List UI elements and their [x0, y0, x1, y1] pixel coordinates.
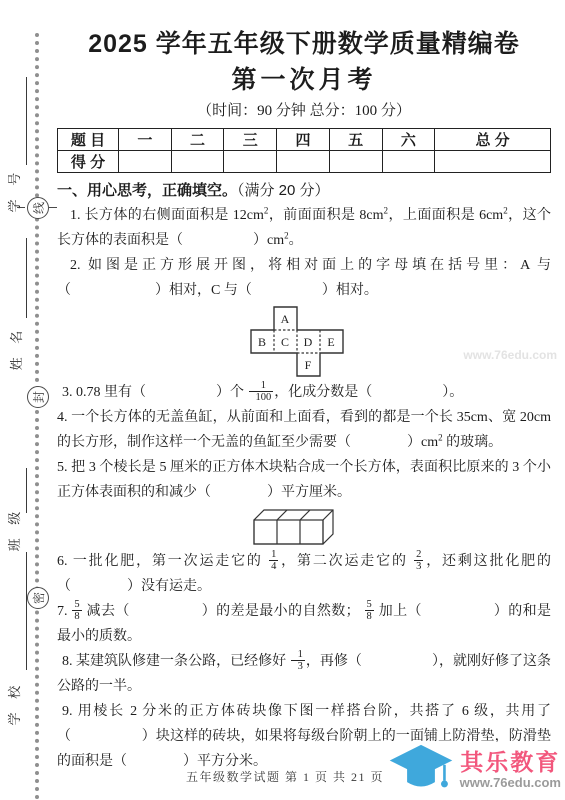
net-letter-e: E — [327, 335, 334, 349]
logo-text-block: 其乐教育 www.76edu.com — [460, 749, 561, 791]
cube-net-diagram: A B C D E F — [250, 306, 551, 378]
fraction: 58 — [71, 599, 82, 622]
seal-char-feng: 封 — [27, 386, 49, 408]
score-empty-cell — [277, 151, 330, 173]
score-empty-cell — [171, 151, 224, 173]
school-label: 学 校 — [7, 675, 23, 731]
question-7: 7. 58 减去（ ）的差是最小的自然数； 58 加上（ ）的和是最小的质数。 — [57, 599, 551, 649]
net-letter-c: C — [281, 335, 289, 349]
score-table-score-row: 得 分 — [58, 151, 551, 173]
exam-time-score-note: （时间：90 分钟 总分：100 分） — [57, 101, 551, 121]
logo-name: 其乐教育 — [460, 749, 560, 775]
net-letter-a: A — [281, 312, 290, 326]
net-letter-f: F — [305, 358, 312, 372]
seal-dotted-line — [35, 33, 39, 800]
seal-char-mi: 密 — [27, 587, 49, 609]
student-number-label: 学 号 — [7, 162, 23, 218]
three-cubes-diagram — [253, 507, 551, 547]
score-empty-cell — [435, 151, 551, 173]
question-8: 8. 某建筑队修建一条公路，已经修好 13，再修（ ），就刚好修了这条公路的一半… — [57, 649, 551, 699]
fraction: 58 — [364, 599, 375, 622]
fraction: 14 — [268, 549, 279, 572]
fraction: 13 — [290, 649, 306, 672]
section-one-heading: 一、用心思考，正确填空。（满分 20 分） — [57, 179, 551, 203]
class-write-line — [26, 468, 27, 513]
fraction: 23 — [413, 549, 424, 572]
school-write-line — [26, 552, 27, 670]
question-6: 6. 一批化肥，第一次运走它的 14，第二次运走它的 23，还剩这批化肥的（ ）… — [57, 549, 551, 599]
score-table-cell: 三 — [224, 129, 277, 151]
score-table-cell: 一 — [119, 129, 172, 151]
score-empty-cell — [382, 151, 435, 173]
main-content: 2025 学年五年级下册数学质量精编卷 第一次月考 （时间：90 分钟 总分：1… — [57, 28, 551, 774]
exam-title: 2025 学年五年级下册数学质量精编卷 — [57, 28, 551, 60]
seal-char-xian: 线 — [27, 197, 49, 219]
score-empty-cell — [329, 151, 382, 173]
question-5: 5. 把 3 个棱长是 5 厘米的正方体木块粘合成一个长方体，表面积比原来的 3… — [57, 455, 551, 505]
score-table-cell: 四 — [277, 129, 330, 151]
net-letter-d: D — [304, 335, 313, 349]
score-table-cell: 二 — [171, 129, 224, 151]
score-table-cell: 总 分 — [435, 129, 551, 151]
class-label: 班 级 — [7, 501, 23, 557]
logo-url: www.76edu.com — [460, 775, 561, 791]
question-1: 1. 长方体的右侧面面积是 12cm2，前面面积是 8cm2，上面面积是 6cm… — [57, 203, 551, 253]
seal-dash-right — [49, 207, 57, 208]
section-one-title: 一、用心思考，正确填空。 — [57, 182, 237, 199]
score-table: 题 目 一 二 三 四 五 六 总 分 得 分 — [57, 128, 551, 173]
three-cubes-svg — [253, 507, 337, 547]
score-empty-cell — [119, 151, 172, 173]
score-table-header-row: 题 目 一 二 三 四 五 六 总 分 — [58, 129, 551, 151]
score-table-cell: 题 目 — [58, 129, 119, 151]
net-letter-b: B — [258, 335, 266, 349]
score-empty-cell — [224, 151, 277, 173]
exam-subtitle: 第一次月考 — [57, 65, 551, 95]
student-name-label: 姓 名 — [9, 320, 25, 376]
section-one-score: （满分 20 分） — [237, 182, 330, 199]
question-4: 4. 一个长方体的无盖鱼缸，从前面和上面看，看到的都是一个长 35cm、宽 20… — [57, 405, 551, 455]
watermark-url: www.76edu.com — [463, 348, 557, 362]
score-row-label: 得 分 — [58, 151, 119, 173]
score-table-cell: 六 — [382, 129, 435, 151]
fraction: 1100 — [248, 380, 275, 403]
publisher-logo: 其乐教育 www.76edu.com — [384, 742, 561, 798]
graduation-cap-icon — [388, 742, 454, 798]
student-number-write-line — [26, 77, 27, 165]
question-2: 2. 如图是正方形展开图，将相对面上的字母填在括号里：A 与（ ）相对，C 与（… — [57, 253, 551, 303]
student-name-write-line — [26, 238, 27, 318]
score-table-cell: 五 — [329, 129, 382, 151]
cube-net-svg: A B C D E F — [250, 306, 345, 378]
exam-paper-page: 线 封 密 学 号 姓 名 班 级 学 校 2025 学年五年级下册数学质量精编… — [0, 0, 565, 800]
question-3: 3. 0.78 里有（ ）个 1100，化成分数是（ ）。 — [57, 380, 551, 405]
